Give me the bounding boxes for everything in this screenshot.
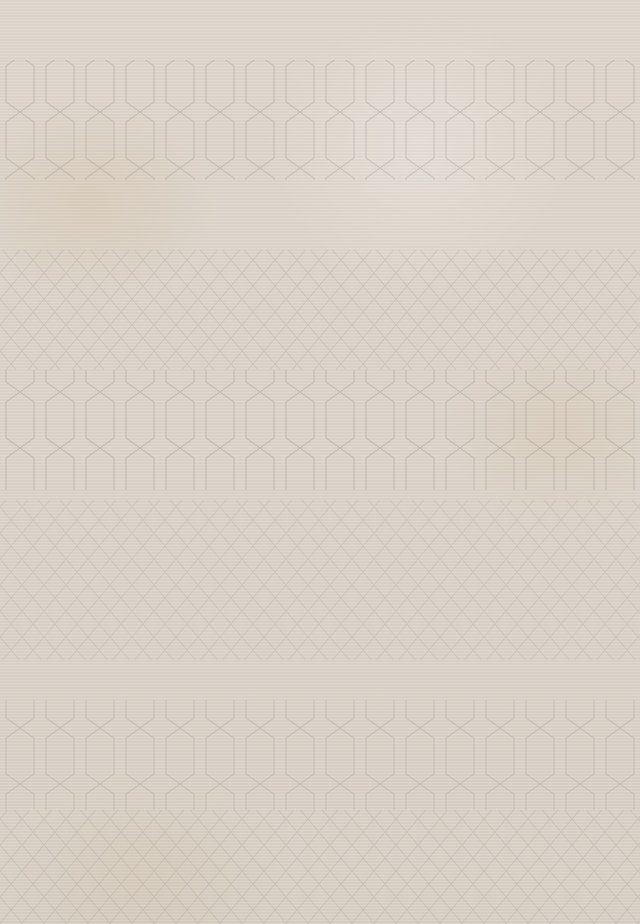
rug-photo [0,0,640,924]
trellis-pattern [0,0,640,924]
